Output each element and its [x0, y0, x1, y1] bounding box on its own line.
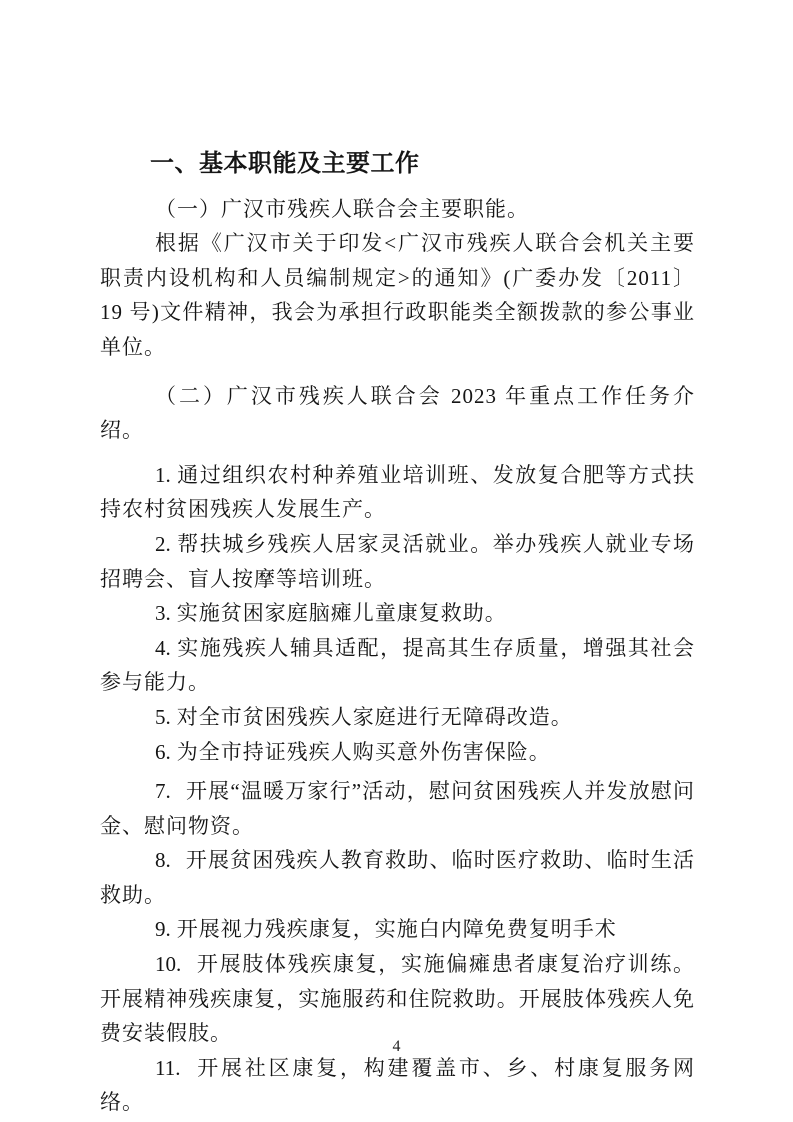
list-item-11-text: 开展社区康复，构建覆盖市、乡、村康复服务网络。 — [100, 1056, 695, 1115]
section-heading: 一、基本职能及主要工作 — [100, 147, 695, 182]
list-item-3: 3.实施贫困家庭脑瘫儿童康复救助。 — [100, 596, 695, 631]
paragraph-sub-heading-1: （一）广汉市残疾人联合会主要职能。 — [100, 192, 695, 227]
list-item-4-text: 实施残疾人辅具适配，提高其生存质量，增强其社会参与能力。 — [100, 636, 695, 695]
list-item-7-text: 开展“温暖万家行”活动，慰问贫困残疾人并发放慰问金、慰问物资。 — [100, 779, 695, 838]
list-item-11: 11.开展社区康复，构建覆盖市、乡、村康复服务网络。 — [100, 1051, 695, 1120]
list-item-9-text: 开展视力残疾康复，实施白内障免费复明手术 — [177, 917, 617, 941]
list-item-1-number: 1. — [155, 463, 171, 487]
list-item-2-number: 2. — [155, 532, 171, 556]
list-item-3-number: 3. — [155, 601, 171, 625]
paragraph-sub-heading-2: （二）广汉市残疾人联合会 2023 年重点工作任务介绍。 — [100, 379, 695, 448]
list-item-7-number: 7. — [155, 779, 171, 803]
document-content: 一、基本职能及主要工作 （一）广汉市残疾人联合会主要职能。 根据《广汉市关于印发… — [100, 147, 695, 1120]
list-item-6: 6.为全市持证残疾人购买意外伤害保险。 — [100, 735, 695, 770]
list-item-9-number: 9. — [155, 917, 171, 941]
list-item-1-text: 通过组织农村种养殖业培训班、发放复合肥等方式扶持农村贫困残疾人发展生产。 — [100, 463, 695, 522]
list-item-7: 7.开展“温暖万家行”活动，慰问贫困残疾人并发放慰问金、慰问物资。 — [100, 774, 695, 843]
list-item-8-text: 开展贫困残疾人教育救助、临时医疗救助、临时生活救助。 — [100, 848, 695, 907]
list-item-4: 4.实施残疾人辅具适配，提高其生存质量，增强其社会参与能力。 — [100, 631, 695, 700]
paragraph-legal-basis: 根据《广汉市关于印发<广汉市残疾人联合会机关主要职责内设机构和人员编制规定>的通… — [100, 226, 695, 364]
list-item-5-text: 对全市贫困残疾人家庭进行无障碍改造。 — [177, 705, 573, 729]
list-item-9: 9.开展视力残疾康复，实施白内障免费复明手术 — [100, 912, 695, 947]
list-item-10-number: 10. — [155, 952, 181, 976]
list-item-10-text: 开展肢体残疾康复，实施偏瘫患者康复治疗训练。开展精神残疾康复，实施服药和住院救助… — [100, 952, 695, 1045]
list-item-6-number: 6. — [155, 740, 171, 764]
list-item-5: 5.对全市贫困残疾人家庭进行无障碍改造。 — [100, 700, 695, 735]
list-item-1: 1.通过组织农村种养殖业培训班、发放复合肥等方式扶持农村贫困残疾人发展生产。 — [100, 458, 695, 527]
page-number: 4 — [0, 1038, 793, 1056]
list-item-3-text: 实施贫困家庭脑瘫儿童康复救助。 — [177, 601, 507, 625]
list-item-2-text: 帮扶城乡残疾人居家灵活就业。举办残疾人就业专场招聘会、盲人按摩等培训班。 — [100, 532, 695, 591]
list-item-8: 8.开展贫困残疾人教育救助、临时医疗救助、临时生活救助。 — [100, 843, 695, 912]
list-item-11-number: 11. — [155, 1056, 180, 1080]
list-item-2: 2.帮扶城乡残疾人居家灵活就业。举办残疾人就业专场招聘会、盲人按摩等培训班。 — [100, 527, 695, 596]
list-item-4-number: 4. — [155, 636, 171, 660]
list-item-10: 10.开展肢体残疾康复，实施偏瘫患者康复治疗训练。开展精神残疾康复，实施服药和住… — [100, 947, 695, 1051]
list-item-8-number: 8. — [155, 848, 171, 872]
list-item-5-number: 5. — [155, 705, 171, 729]
list-item-6-text: 为全市持证残疾人购买意外伤害保险。 — [177, 740, 551, 764]
document-page: 一、基本职能及主要工作 （一）广汉市残疾人联合会主要职能。 根据《广汉市关于印发… — [0, 0, 793, 1122]
